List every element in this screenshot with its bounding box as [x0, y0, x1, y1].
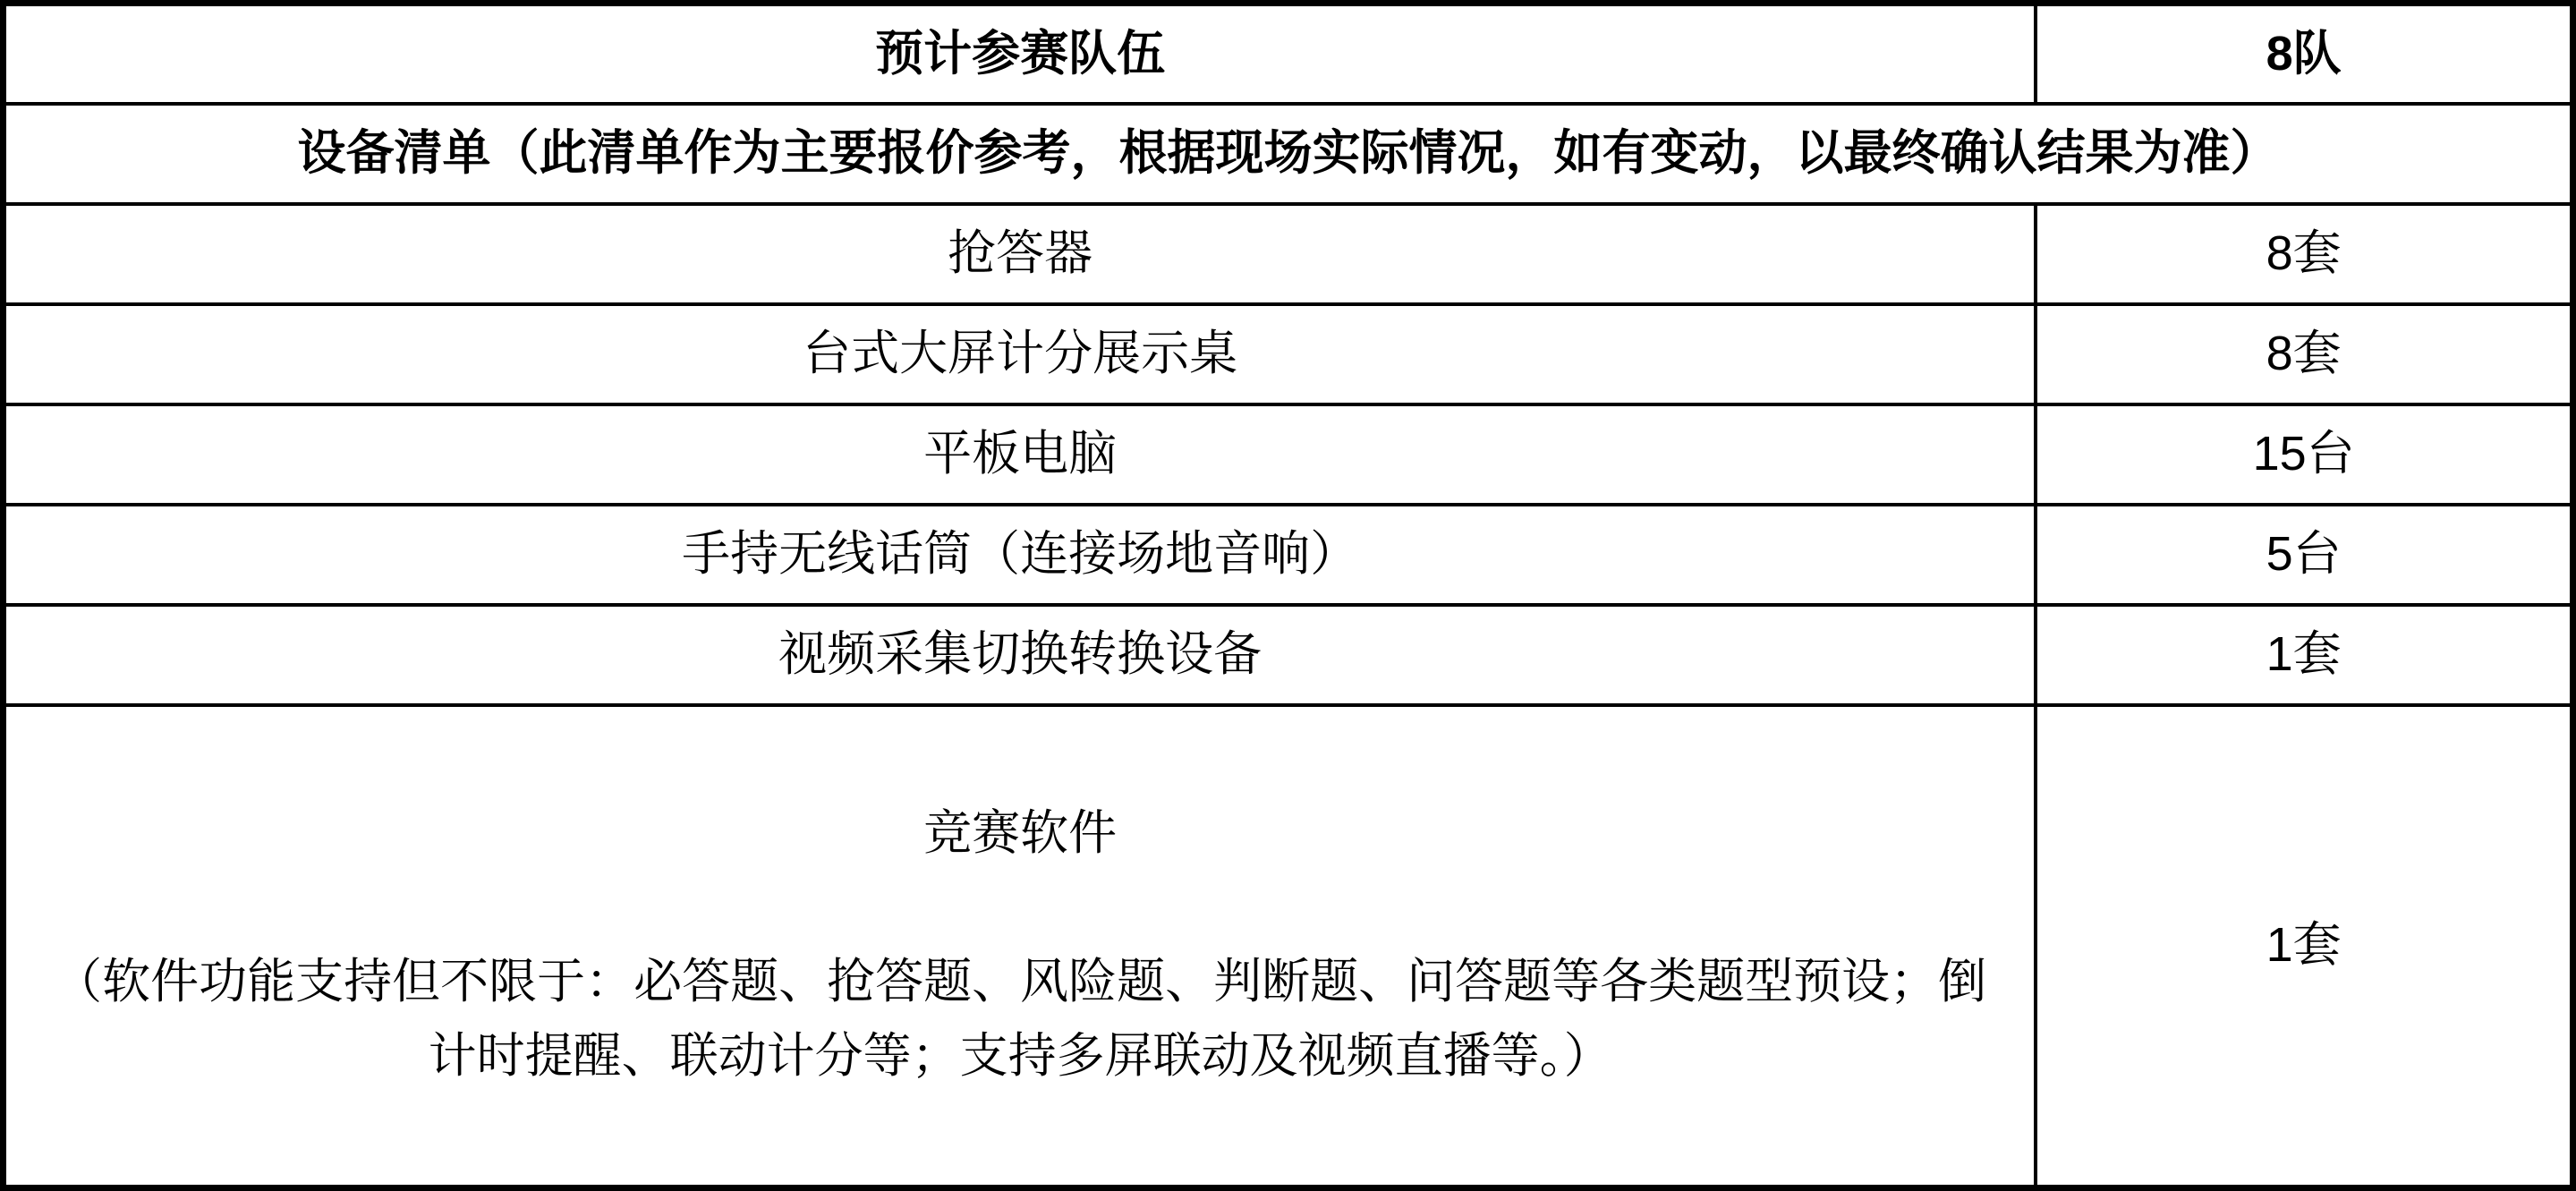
- table-row: 手持无线话筒（连接场地音响） 5台: [4, 505, 2573, 605]
- table-row-software: 竞赛软件 （软件功能支持但不限于：必答题、抢答题、风险题、判断题、问答题等各类题…: [4, 705, 2573, 1188]
- table-row: 视频采集切换转换设备 1套: [4, 605, 2573, 705]
- item-qty: 1套: [2036, 705, 2572, 1188]
- equipment-table: 预计参赛队伍 8队 设备清单（此清单作为主要报价参考，根据现场实际情况，如有变动…: [0, 0, 2576, 1191]
- item-name-video-switcher: 视频采集切换转换设备: [4, 605, 2036, 705]
- software-feature-note: （软件功能支持但不限于：必答题、抢答题、风险题、判断题、问答题等各类题型预设；倒…: [7, 945, 2033, 1094]
- expected-teams-value: 8队: [2036, 4, 2572, 104]
- item-name-tablet: 平板电脑: [4, 404, 2036, 505]
- item-name-buzzer: 抢答器: [4, 204, 2036, 304]
- table-row: 抢答器 8套: [4, 204, 2573, 304]
- table-row-teams: 预计参赛队伍 8队: [4, 4, 2573, 104]
- item-qty: 8套: [2036, 204, 2572, 304]
- item-qty: 5台: [2036, 505, 2572, 605]
- item-qty: 15台: [2036, 404, 2572, 505]
- table-row: 台式大屏计分展示桌 8套: [4, 304, 2573, 404]
- item-name-score-display-desk: 台式大屏计分展示桌: [4, 304, 2036, 404]
- table-row: 平板电脑 15台: [4, 404, 2573, 505]
- table-row-section-header: 设备清单（此清单作为主要报价参考，根据现场实际情况，如有变动，以最终确认结果为准…: [4, 104, 2573, 204]
- item-name-competition-software: 竞赛软件: [7, 797, 2033, 870]
- item-cell-software: 竞赛软件 （软件功能支持但不限于：必答题、抢答题、风险题、判断题、问答题等各类题…: [4, 705, 2036, 1188]
- expected-teams-label: 预计参赛队伍: [4, 4, 2036, 104]
- item-qty: 1套: [2036, 605, 2572, 705]
- item-name-wireless-mic: 手持无线话筒（连接场地音响）: [4, 505, 2036, 605]
- equipment-list-section-title: 设备清单（此清单作为主要报价参考，根据现场实际情况，如有变动，以最终确认结果为准…: [4, 104, 2573, 204]
- item-qty: 8套: [2036, 304, 2572, 404]
